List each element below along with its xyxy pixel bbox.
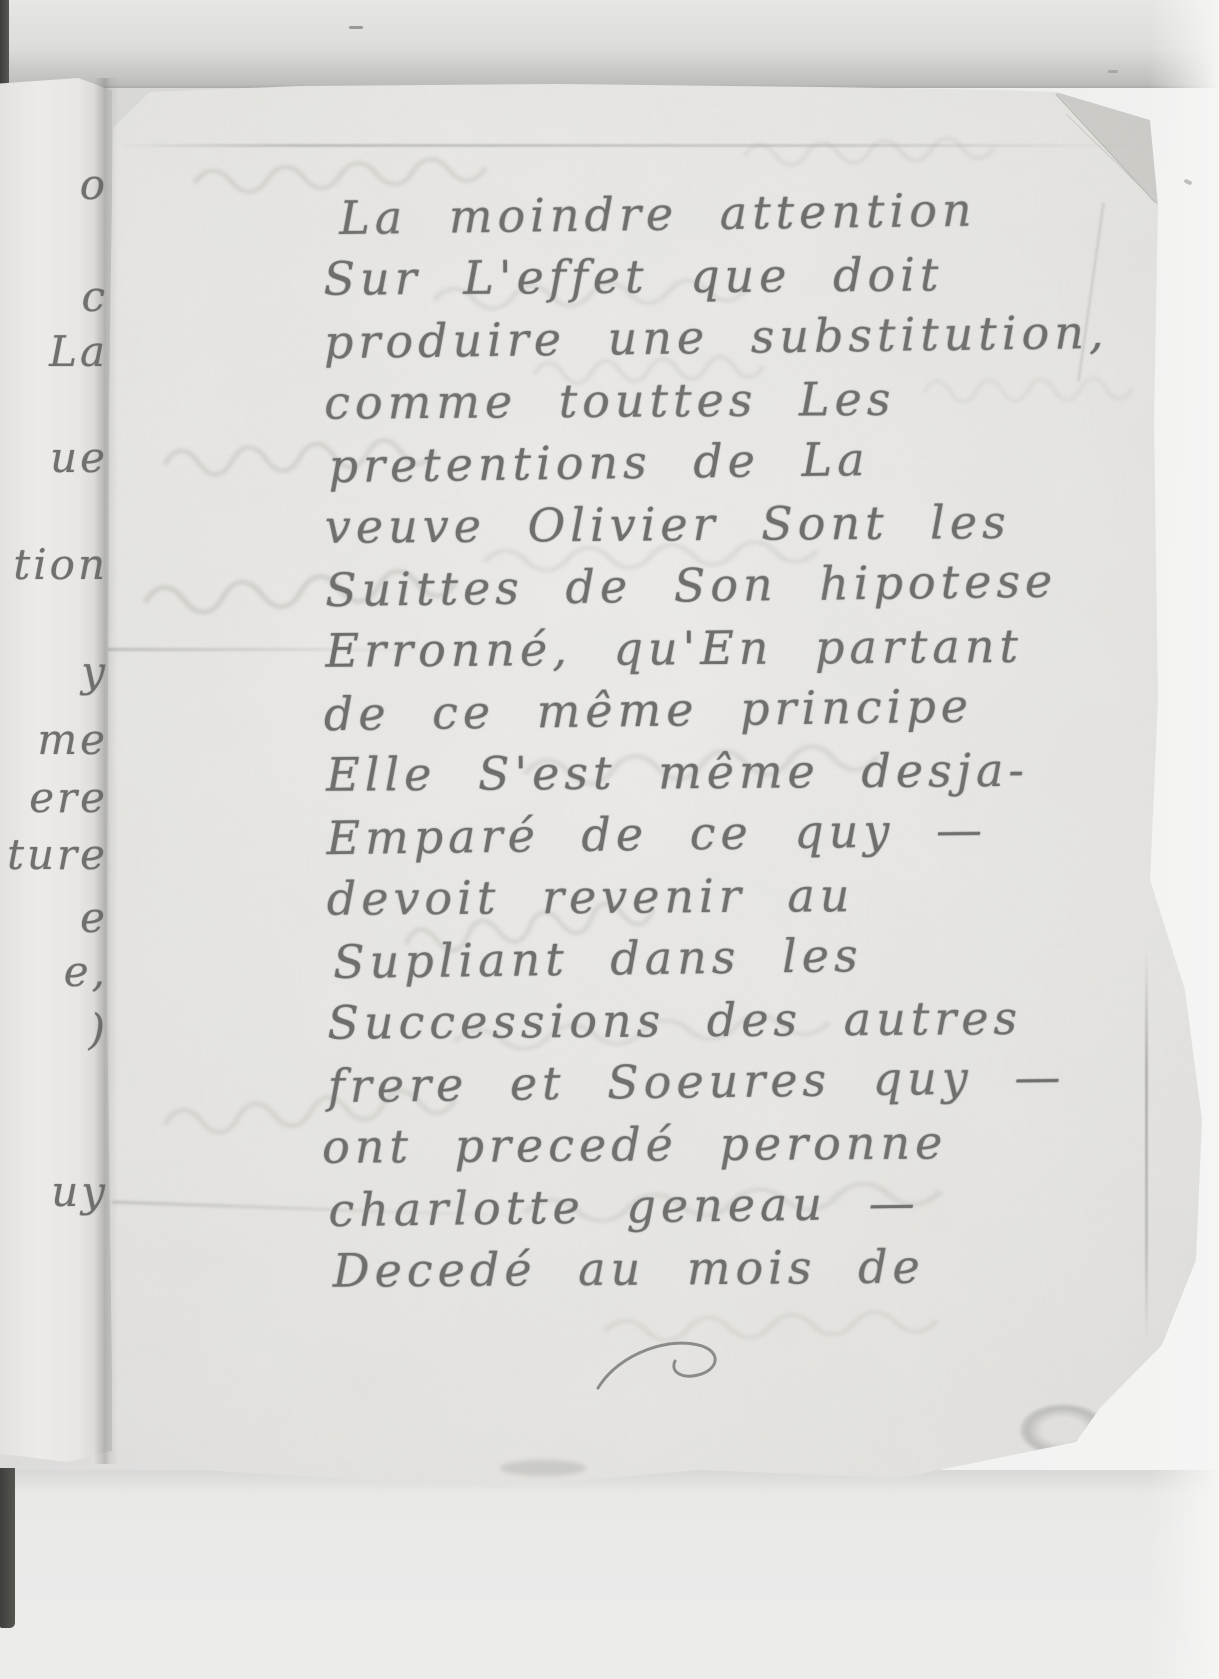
manuscript-line: Suittes de Son hipotese (325, 549, 1110, 621)
manuscript-page: La moindre attention Sur L'effet que doi… (104, 82, 1208, 1488)
manuscript-line: veuve Olivier Sont les (325, 490, 1110, 557)
manuscript-line: ont precedé peronne (322, 1110, 1113, 1178)
crease-vertical (1145, 950, 1148, 1342)
manuscript-scan: o c La ue tion y me ere ture e e, ) uy (0, 0, 1219, 1679)
manuscript-line: Sur L'effet que doit (323, 242, 1108, 309)
manuscript-line: Emparé de ce quy — (326, 797, 1111, 869)
manuscript-line: La moindre attention (339, 177, 1108, 249)
manuscript-line: devoit revenir au (327, 862, 1112, 929)
dust-speck (1108, 70, 1118, 73)
edge-smudge (500, 1460, 586, 1476)
manuscript-line: Erronné, qu'En partant (325, 614, 1110, 681)
manuscript-line: Supliant dans les (333, 921, 1112, 993)
scanner-background-top (0, 0, 1219, 88)
manuscript-line: frere et Soeures quy — (327, 1045, 1112, 1117)
manuscript-line: Elle S'est même desja- (326, 738, 1111, 805)
scanner-background-right (1149, 0, 1219, 1679)
manuscript-line: comme touttes Les (324, 366, 1109, 433)
catchword-flourish (592, 1330, 732, 1410)
page-fragment: ture (7, 827, 108, 883)
manuscript-text-block: La moindre attention Sur L'effet que doi… (323, 180, 1113, 1300)
dust-speck (349, 26, 363, 29)
manuscript-line: de ce même principe (323, 673, 1110, 745)
manuscript-line: charlotte geneau — (328, 1169, 1113, 1241)
spine-strip-bottom (0, 1468, 15, 1628)
gutter-fold-shadow (94, 78, 118, 1464)
page-curl-smudge (1020, 1404, 1106, 1456)
manuscript-line: Successions des autres (327, 986, 1112, 1053)
crease-horizontal (114, 144, 1148, 147)
spine-strip-top (0, 0, 9, 84)
scanner-background-bottom (0, 1470, 1219, 1679)
manuscript-line: produire une substitution, (324, 301, 1109, 373)
manuscript-line: pretentions de La (328, 425, 1109, 497)
manuscript-line: Decedé au mois de (333, 1234, 1114, 1301)
